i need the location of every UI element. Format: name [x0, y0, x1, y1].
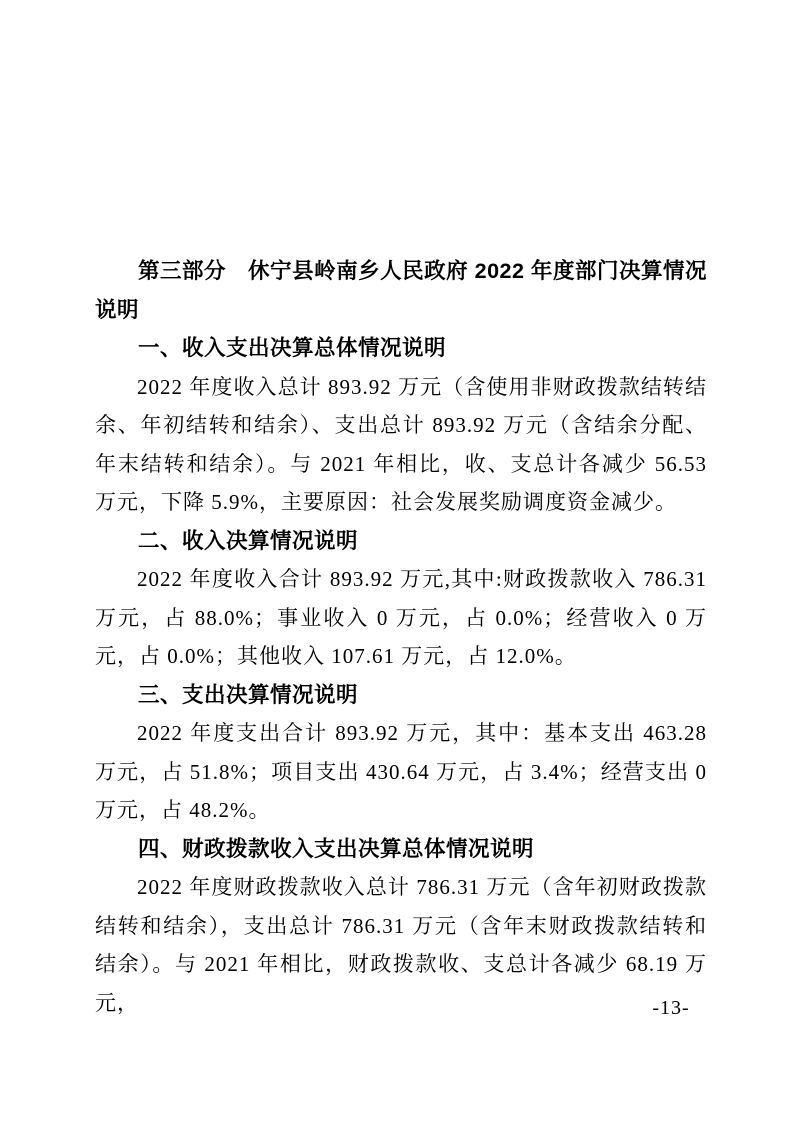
section-3-heading: 三、支出决算情况说明 — [95, 676, 707, 715]
section-2-paragraph: 2022 年度收入合计 893.92 万元,其中:财政拨款收入 786.31 万… — [95, 560, 707, 676]
section-4-paragraph: 2022 年度财政拨款收入总计 786.31 万元（含年初财政拨款结转和结余），… — [95, 868, 707, 1022]
document-body: 第三部分 休宁县岭南乡人民政府 2022 年度部门决算情况说明 一、收入支出决算… — [95, 252, 707, 1022]
section-income-details: 二、收入决算情况说明 2022 年度收入合计 893.92 万元,其中:财政拨款… — [95, 522, 707, 676]
section-expenditure-details: 三、支出决算情况说明 2022 年度支出合计 893.92 万元，其中：基本支出… — [95, 676, 707, 830]
section-1-heading: 一、收入支出决算总体情况说明 — [95, 329, 707, 368]
page-number: -13- — [636, 995, 706, 1021]
section-income-expenditure-overview: 一、收入支出决算总体情况说明 2022 年度收入总计 893.92 万元（含使用… — [95, 329, 707, 522]
section-2-heading: 二、收入决算情况说明 — [95, 522, 707, 561]
document-title: 第三部分 休宁县岭南乡人民政府 2022 年度部门决算情况说明 — [95, 252, 707, 329]
section-fiscal-appropriation-overview: 四、财政拨款收入支出决算总体情况说明 2022 年度财政拨款收入总计 786.3… — [95, 830, 707, 1023]
section-1-paragraph: 2022 年度收入总计 893.92 万元（含使用非财政拨款结转结余、年初结转和… — [95, 368, 707, 522]
section-4-heading: 四、财政拨款收入支出决算总体情况说明 — [95, 830, 707, 869]
section-3-paragraph: 2022 年度支出合计 893.92 万元，其中：基本支出 463.28 万元，… — [95, 714, 707, 830]
document-page: 第三部分 休宁县岭南乡人民政府 2022 年度部门决算情况说明 一、收入支出决算… — [0, 0, 793, 1122]
